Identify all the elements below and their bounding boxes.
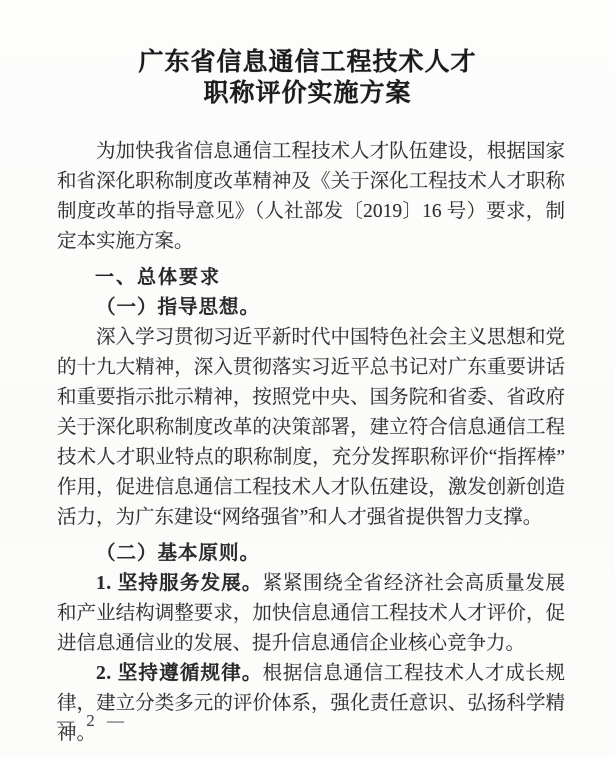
document-title: 广东省信息通信工程技术人才 职称评价实施方案 — [0, 0, 615, 109]
document-title-line-2: 职称评价实施方案 — [0, 78, 615, 109]
principle-item-2: 2. 坚持遵循规律。根据信息通信工程技术人才成长规律，建立分类多元的评价体系，强… — [57, 659, 565, 749]
principle-2-lead: 2. 坚持遵循规律。 — [96, 663, 263, 684]
principle-item-1: 1. 坚持服务发展。紧紧围绕全省经济社会高质量发展和产业结构调整要求，加快信息通… — [57, 569, 565, 659]
document-body: 为加快我省信息通信工程技术人才队伍建设，根据国家和省深化职称制度改革精神及《关于… — [57, 137, 565, 749]
intro-paragraph: 为加快我省信息通信工程技术人才队伍建设，根据国家和省深化职称制度改革精神及《关于… — [57, 137, 565, 257]
subsection-1-1-heading: （一）指导思想。 — [57, 293, 565, 323]
subsection-1-2-heading: （二）基本原则。 — [57, 539, 565, 569]
document-page: 广东省信息通信工程技术人才 职称评价实施方案 为加快我省信息通信工程技术人才队伍… — [0, 0, 615, 758]
guiding-thought-paragraph: 深入学习贯彻习近平新时代中国特色社会主义思想和党的十九大精神，深入贯彻落实习近平… — [57, 323, 565, 533]
section-1-heading: 一、总体要求 — [57, 263, 565, 293]
principle-1-lead: 1. 坚持服务发展。 — [96, 573, 263, 594]
document-title-line-1: 广东省信息通信工程技术人才 — [0, 47, 615, 78]
page-number: — 2 — — [57, 711, 128, 731]
